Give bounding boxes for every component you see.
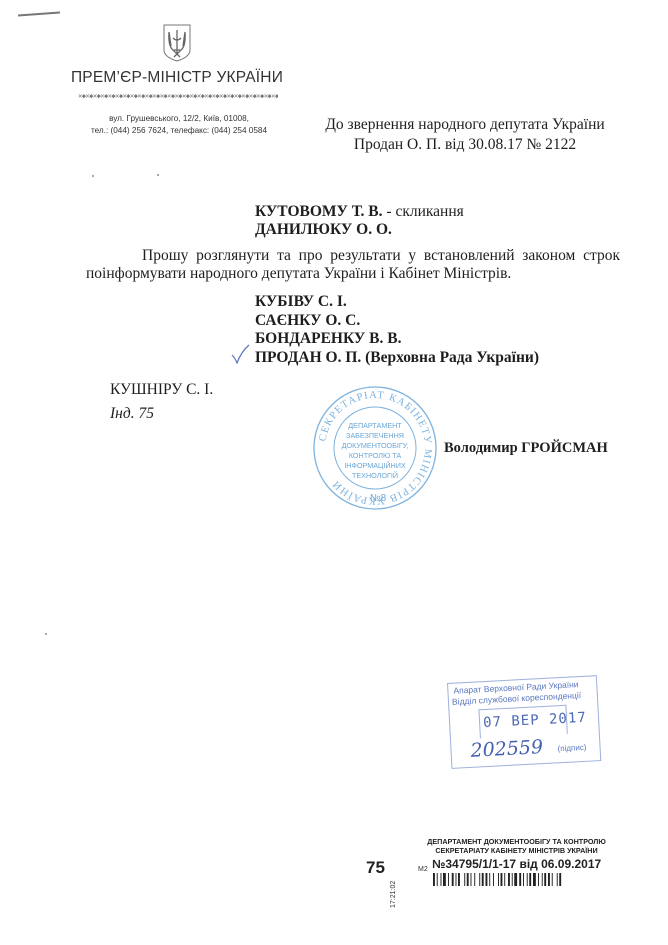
registration-time-wrap: 17:21:02 — [390, 880, 400, 910]
registration-number: №34795/1/1-17 від 06.09.2017 — [432, 857, 601, 871]
letterhead-ornament: ✕◆✕◆✕◆✕◆✕◆✕◆✕◆✕◆✕◆✕◆✕◆✕◆✕◆✕◆✕◆✕◆✕◆✕◆✕◆✕◆… — [78, 92, 278, 100]
seal-line: КОНТРОЛЮ ТА — [349, 451, 402, 460]
registration-page-number: 75 — [366, 858, 385, 878]
address-line-1: вул. Грушевського, 12/2, Київ, 01008, — [68, 113, 290, 125]
secondary-addressees: КУБІВУ С. І. САЄНКУ О. С. БОНДАРЕНКУ В. … — [255, 293, 539, 367]
incoming-stamp: Апарат Верховної Ради України Відділ слу… — [447, 675, 601, 769]
official-seal-icon: СЕКРЕТАРІАТ КАБІНЕТУ МІНІСТРІВ УКРАЇНИ Д… — [312, 385, 438, 511]
copy-to: КУШНІРУ С. І. — [110, 381, 213, 399]
addressee-item: ПРОДАН О. П. (Верховна Рада України) — [255, 349, 539, 368]
registration-dept-line-2: СЕКРЕТАРІАТУ КАБІНЕТУ МІНІСТРІВ УКРАЇНИ — [414, 847, 619, 856]
reference-line-1: До звернення народного депутата України — [305, 115, 625, 135]
addressee-danyliuk: ДАНИЛЮКУ О. О. — [255, 221, 464, 239]
seal-line: ЗАБЕЗПЕЧЕННЯ — [346, 431, 404, 440]
barcode-icon — [433, 873, 611, 886]
stamp-signature-label: (підпис) — [557, 743, 586, 754]
seal-line: ТЕХНОЛОГІЙ — [352, 471, 398, 480]
primary-addressees: КУТОВОМУ Т. В. - скликання ДАНИЛЮКУ О. О… — [255, 203, 464, 239]
checkmark-icon — [230, 344, 250, 364]
trident-coat-of-arms-icon — [163, 24, 191, 62]
letterhead-address: вул. Грушевського, 12/2, Київ, 01008, те… — [68, 113, 290, 137]
reference-block: До звернення народного депутата України … — [305, 115, 625, 155]
letterhead-title: ПРЕМ’ЄР-МІНІСТР УКРАЇНИ — [62, 69, 292, 87]
registration-code: M2 — [418, 866, 428, 873]
index-number: Інд. 75 — [110, 405, 154, 423]
scan-artifact-line — [18, 12, 60, 17]
registration-time: 17:21:02 — [390, 881, 397, 908]
seal-line: ІНФОРМАЦІЙНИХ — [344, 461, 406, 470]
addressee-kutovyi: КУТОВОМУ Т. В. — [255, 203, 383, 220]
addressee-item: КУБІВУ С. І. — [255, 293, 539, 312]
reference-line-2: Продан О. П. від 30.08.17 № 2122 — [305, 135, 625, 155]
address-line-2: тел.: (044) 256 7624, телефакс: (044) 25… — [68, 125, 290, 137]
instruction-body: Прошу розглянути та про результати у вст… — [86, 247, 620, 282]
instruction-text: Прошу розглянути та про результати у вст… — [86, 247, 620, 283]
addressee-item: САЄНКУ О. С. — [255, 312, 539, 331]
stamp-handwritten-number: 202559 — [470, 736, 544, 762]
signatory-name: Володимир ГРОЙСМАН — [444, 440, 608, 457]
seal-number: №8 — [370, 493, 387, 504]
seal-line: ДЕПАРТАМЕНТ — [348, 421, 402, 430]
seal-line: ДОКУМЕНТООБІГУ, — [342, 441, 409, 450]
addressee-note: - скликання — [383, 203, 464, 220]
registration-department: ДЕПАРТАМЕНТ ДОКУМЕНТООБІГУ ТА КОНТРОЛЮ С… — [414, 838, 619, 855]
addressee-item: БОНДАРЕНКУ В. В. — [255, 330, 539, 349]
